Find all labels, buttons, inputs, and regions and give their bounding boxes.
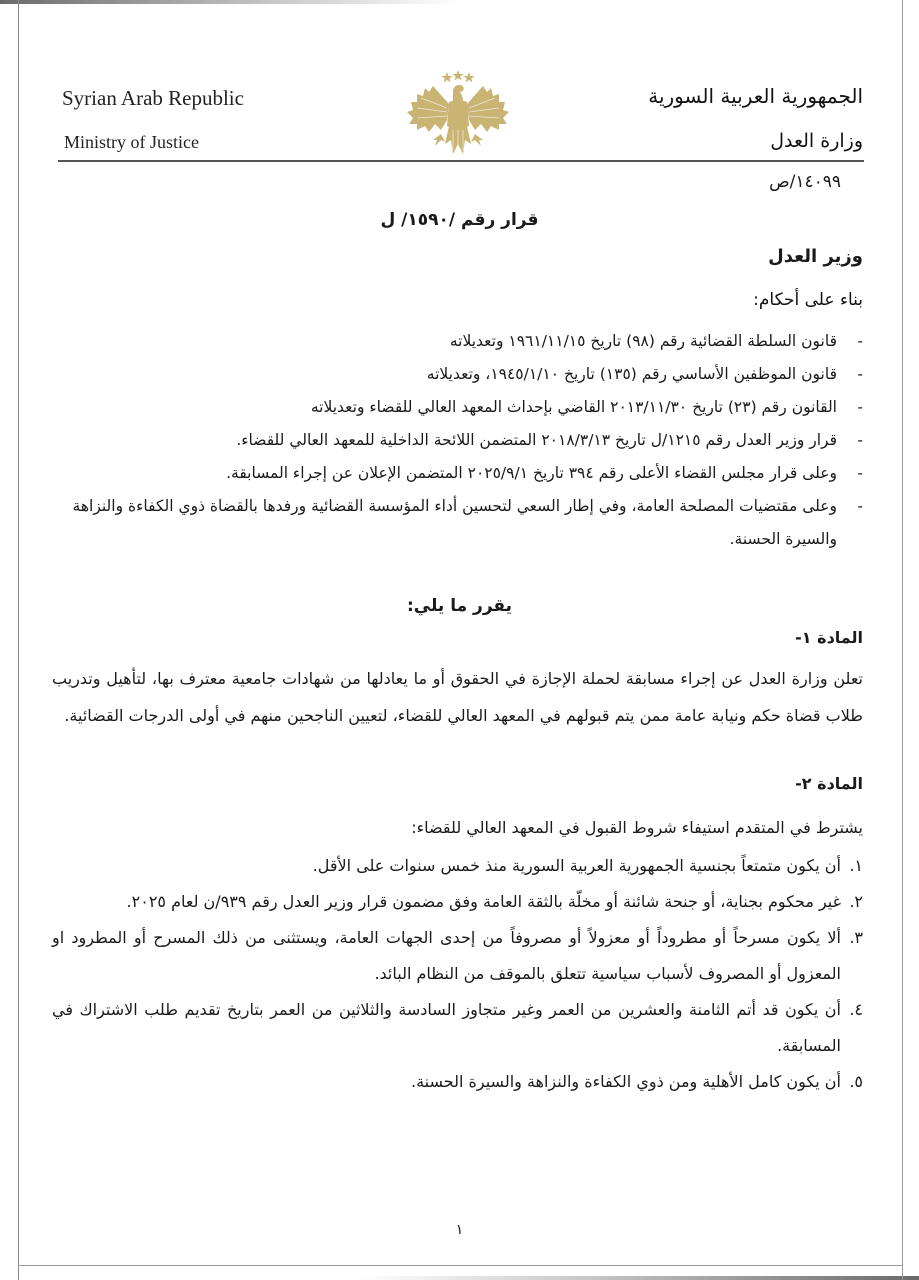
scan-edge-shadow-bottom	[359, 1276, 919, 1280]
conditions-list: ١.أن يكون متمتعاً بجنسية الجمهورية العرب…	[52, 848, 863, 1100]
based-on-heading: بناء على أحكام:	[753, 290, 863, 310]
decides-heading: يقرر ما يلي:	[0, 596, 919, 616]
dash-bullet: -	[857, 424, 863, 457]
condition-number: ٤.	[849, 992, 863, 1028]
article-2-intro: يشترط في المتقدم استيفاء شروط القبول في …	[411, 818, 863, 837]
issuer-title: وزير العدل	[768, 246, 863, 267]
reference-number: ١٤٠٩٩/ص	[769, 172, 841, 192]
provision-item: -وعلى مقتضيات المصلحة العامة، وفي إطار ا…	[52, 490, 863, 556]
provision-text: قانون الموظفين الأساسي رقم (١٣٥) تاريخ ١…	[52, 358, 837, 391]
arabic-ministry-name: وزارة العدل	[770, 130, 863, 152]
article-2-heading: المادة ٢-	[795, 774, 863, 793]
condition-text: ألا يكون مسرحاً أو مطروداً أو معزولاً أو…	[52, 928, 841, 983]
page-number: ١	[0, 1222, 919, 1238]
condition-text: أن يكون متمتعاً بجنسية الجمهورية العربية…	[313, 856, 841, 875]
provision-item: -قرار وزير العدل رقم ١٢١٥/ل تاريخ ٢٠١٨/٣…	[52, 424, 863, 457]
dash-bullet: -	[857, 391, 863, 424]
provision-text: وعلى قرار مجلس القضاء الأعلى رقم ٣٩٤ تار…	[52, 457, 837, 490]
decision-title: قرار رقم /١٥٩٠/ ل	[0, 210, 919, 230]
english-ministry-name: Ministry of Justice	[64, 132, 199, 153]
provisions-list: -قانون السلطة القضائية رقم (٩٨) تاريخ ١٩…	[52, 325, 863, 556]
condition-text: أن يكون قد أتم الثامنة والعشرين من العمر…	[52, 1000, 841, 1055]
provision-text: قرار وزير العدل رقم ١٢١٥/ل تاريخ ٢٠١٨/٣/…	[52, 424, 837, 457]
condition-item: ٥.أن يكون كامل الأهلية ومن ذوي الكفاءة و…	[52, 1064, 863, 1100]
header-divider	[58, 160, 864, 162]
condition-text: غير محكوم بجناية، أو جنحة شائنة أو مخلّة…	[127, 892, 841, 911]
condition-number: ٥.	[849, 1064, 863, 1100]
dash-bullet: -	[857, 490, 863, 523]
condition-item: ٢.غير محكوم بجناية، أو جنحة شائنة أو مخل…	[52, 884, 863, 920]
page-border-left	[18, 0, 19, 1280]
dash-bullet: -	[857, 325, 863, 358]
provision-text: وعلى مقتضيات المصلحة العامة، وفي إطار ال…	[52, 490, 837, 556]
provision-item: -وعلى قرار مجلس القضاء الأعلى رقم ٣٩٤ تا…	[52, 457, 863, 490]
condition-text: أن يكون كامل الأهلية ومن ذوي الكفاءة وال…	[411, 1072, 841, 1091]
article-1-heading: المادة ١-	[795, 628, 863, 647]
provision-text: قانون السلطة القضائية رقم (٩٨) تاريخ ١٩٦…	[52, 325, 837, 358]
condition-item: ١.أن يكون متمتعاً بجنسية الجمهورية العرب…	[52, 848, 863, 884]
scan-edge-shadow-top	[0, 0, 460, 4]
condition-item: ٣.ألا يكون مسرحاً أو مطروداً أو معزولاً …	[52, 920, 863, 992]
provision-text: القانون رقم (٢٣) تاريخ ٢٠١٣/١١/٣٠ القاضي…	[52, 391, 837, 424]
page-border-right	[902, 0, 903, 1280]
condition-number: ٢.	[849, 884, 863, 920]
dash-bullet: -	[857, 358, 863, 391]
dash-bullet: -	[857, 457, 863, 490]
english-country-name: Syrian Arab Republic	[62, 86, 244, 111]
provision-item: -قانون الموظفين الأساسي رقم (١٣٥) تاريخ …	[52, 358, 863, 391]
condition-item: ٤.أن يكون قد أتم الثامنة والعشرين من الع…	[52, 992, 863, 1064]
provision-item: -القانون رقم (٢٣) تاريخ ٢٠١٣/١١/٣٠ القاض…	[52, 391, 863, 424]
eagle-emblem-icon	[403, 68, 513, 158]
page-border-bottom	[18, 1265, 903, 1266]
condition-number: ٣.	[849, 920, 863, 956]
article-1-body: تعلن وزارة العدل عن إجراء مسابقة لحملة ا…	[52, 660, 863, 734]
arabic-country-name: الجمهورية العربية السورية	[648, 84, 863, 108]
provision-item: -قانون السلطة القضائية رقم (٩٨) تاريخ ١٩…	[52, 325, 863, 358]
condition-number: ١.	[849, 848, 863, 884]
